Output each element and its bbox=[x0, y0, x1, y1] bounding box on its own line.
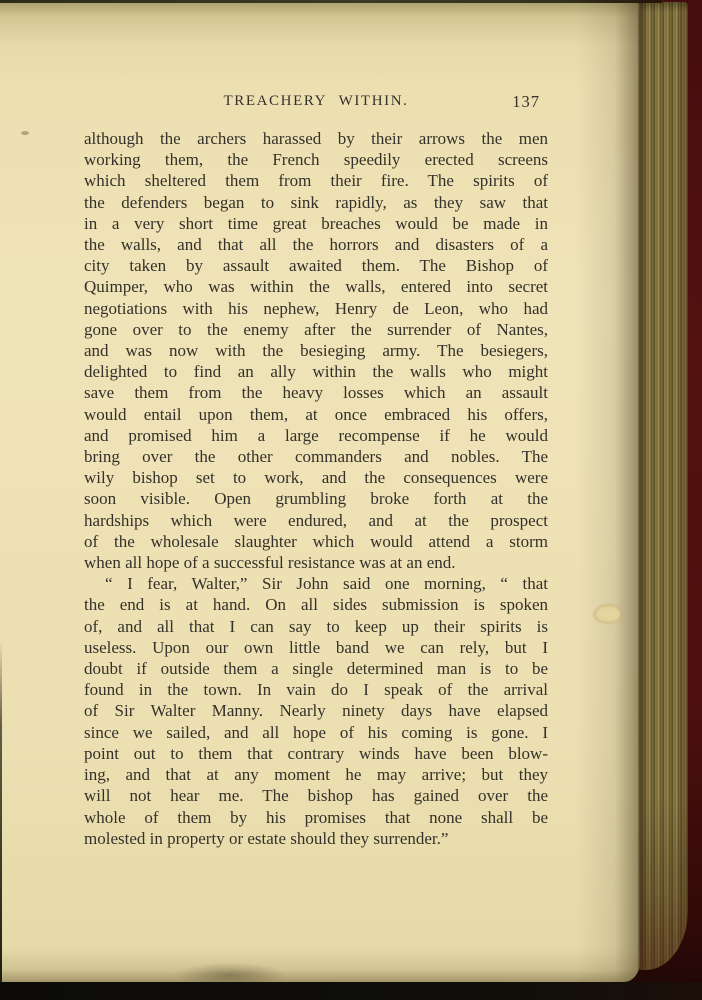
bottom-shadow-strip bbox=[0, 982, 702, 1000]
running-head: TREACHERY WITHIN. 137 bbox=[84, 93, 548, 115]
text-line: negotiations with his nephew, Henry de L… bbox=[84, 298, 548, 319]
text-line: save them from the heavy losses which an… bbox=[84, 382, 548, 403]
left-edge-line bbox=[0, 640, 2, 982]
text-line: working them, the French speedily erecte… bbox=[84, 149, 548, 170]
text-line: which sheltered them from their fire. Th… bbox=[84, 170, 548, 191]
text-line: of, and all that I can say to keep up th… bbox=[84, 616, 548, 637]
text-line: Quimper, who was within the walls, enter… bbox=[84, 276, 548, 297]
text-line: useless. Upon our own little band we can… bbox=[84, 637, 548, 658]
book-page: TREACHERY WITHIN. 137 although the arche… bbox=[0, 3, 640, 982]
top-edge-line bbox=[0, 0, 662, 3]
text-line: gone over to the enemy after the surrend… bbox=[84, 319, 548, 340]
page-fore-edge bbox=[638, 2, 688, 970]
paper-stain bbox=[594, 605, 621, 623]
text-line: doubt if outside them a single determine… bbox=[84, 658, 548, 679]
text-line: wily bishop set to work, and the consequ… bbox=[84, 467, 548, 488]
text-line: of the wholesale slaughter which would a… bbox=[84, 531, 548, 552]
text-line: and promised him a large recompense if h… bbox=[84, 425, 548, 446]
text-line: of Sir Walter Manny. Nearly ninety days … bbox=[84, 700, 548, 721]
text-line: hardships which were endured, and at the… bbox=[84, 510, 548, 531]
text-line: whole of them by his promises that none … bbox=[84, 807, 548, 828]
text-line: the defenders began to sink rapidly, as … bbox=[84, 192, 548, 213]
text-line: soon visible. Open grumbling broke forth… bbox=[84, 488, 548, 509]
text-line: will not hear me. The bishop has gained … bbox=[84, 785, 548, 806]
text-line: would entail upon them, at once embraced… bbox=[84, 404, 548, 425]
chapter-header-title: TREACHERY WITHIN. bbox=[84, 93, 548, 110]
text-line: point out to them that contrary winds ha… bbox=[84, 743, 548, 764]
book-photo: TREACHERY WITHIN. 137 although the arche… bbox=[0, 0, 702, 1000]
text-line: the end is at hand. On all sides submiss… bbox=[84, 594, 548, 615]
text-line: although the archers harassed by their a… bbox=[84, 128, 548, 149]
text-line: the walls, and that all the horrors and … bbox=[84, 234, 548, 255]
text-line: since we sailed, and all hope of his com… bbox=[84, 722, 548, 743]
text-line: delighted to find an ally within the wal… bbox=[84, 361, 548, 382]
text-line: bring over the other commanders and nobl… bbox=[84, 446, 548, 467]
text-line: found in the town. In vain do I speak of… bbox=[84, 679, 548, 700]
page-number: 137 bbox=[512, 92, 540, 112]
text-line: molested in property or estate should th… bbox=[84, 828, 548, 849]
paper-speck bbox=[21, 131, 29, 135]
text-line: ing, and that at any moment he may arriv… bbox=[84, 764, 548, 785]
text-line: in a very short time great breaches woul… bbox=[84, 213, 548, 234]
body-text: although the archers harassed by their a… bbox=[84, 128, 548, 849]
text-line: city taken by assault awaited them. The … bbox=[84, 255, 548, 276]
text-line: “ I fear, Walter,” Sir John said one mor… bbox=[84, 573, 548, 594]
text-line: and was now with the besieging army. The… bbox=[84, 340, 548, 361]
text-line: when all hope of a successful resistance… bbox=[84, 552, 548, 573]
